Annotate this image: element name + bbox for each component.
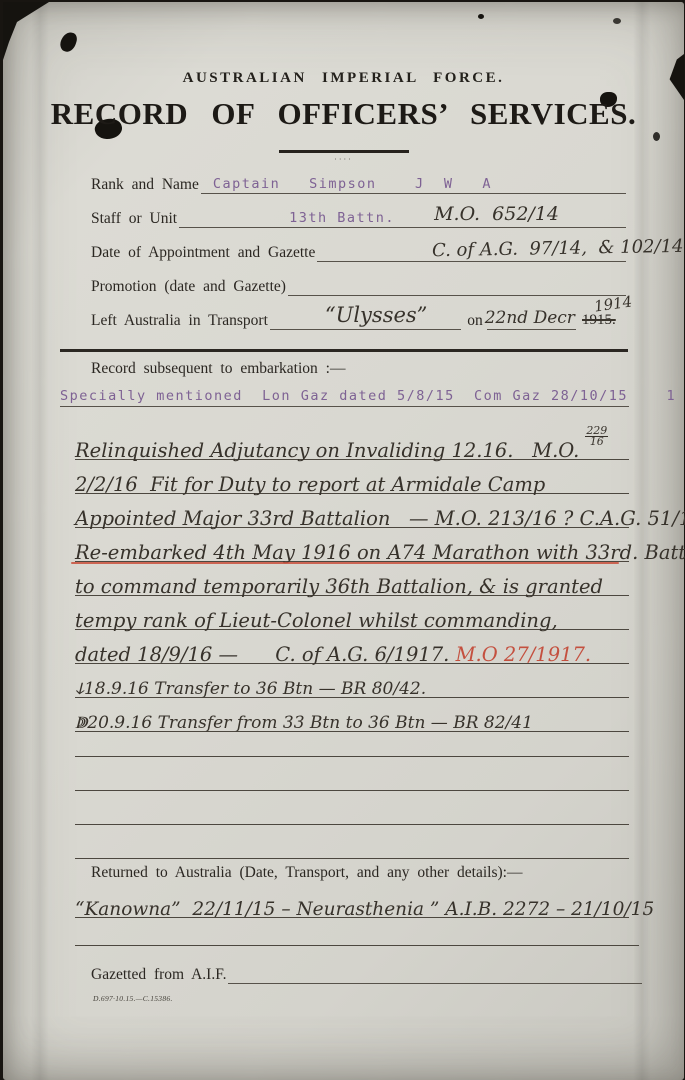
paper-hole (58, 30, 78, 54)
section-divider (60, 349, 628, 352)
page-title: RECORD OF OFFICERS’ SERVICES. (3, 96, 684, 132)
service-record-entry: Relinquished Adjutancy on Invaliding 12.… (75, 426, 629, 460)
entry-text: ↆ18.9.16 Transfer to 36 Btn — BR 80/42. (75, 679, 426, 699)
field-label: Date of Appointment and Gazette (91, 244, 317, 262)
field-label: Left Australia in Transport (91, 312, 270, 330)
entry-text: tempy rank of Lieut-Colonel whilst comma… (75, 609, 558, 632)
record-section-heading: Record subsequent to embarkation :— (91, 360, 345, 378)
ship-name-value: “Ulysses” (325, 303, 428, 327)
field-label: Rank and Name (91, 176, 201, 194)
field-label: Staff or Unit (91, 210, 179, 228)
service-record-entry: to command temporarily 36th Battalion, &… (75, 562, 629, 596)
service-record-entry: Appointed Major 33rd Battalion — M.O. 21… (75, 494, 629, 528)
field-line: 22nd Decr (487, 307, 576, 330)
form-print-code: D.697·10.15.—C.15386. (93, 994, 173, 1003)
title-divider (279, 150, 409, 153)
service-record-entry: 2/2/16 Fit for Duty to report at Armidal… (75, 460, 629, 494)
force-title: AUSTRALIAN IMPERIAL FORCE. (3, 70, 684, 87)
field-line: C. of A.G. 97/14, & 102/14 (317, 239, 626, 262)
field-rank-and-name: Rank and Name Captain Simpson J W A (91, 172, 626, 194)
appointment-handwritten-value: C. of A.G. 97/14, & 102/14 (432, 236, 684, 261)
rank-name-value: Captain Simpson J W A (213, 176, 492, 192)
paper-speck (478, 14, 484, 19)
year-correction: 1915. 1914 (576, 308, 626, 330)
field-staff-or-unit: Staff or Unit 13th Battn. M.O. 652/14 (91, 206, 626, 228)
ruled-line-blank (75, 917, 639, 946)
field-appointment-gazette: Date of Appointment and Gazette C. of A.… (91, 240, 626, 262)
ruled-line-blank (75, 825, 629, 859)
returned-section-heading: Returned to Australia (Date, Transport, … (91, 864, 522, 882)
field-gazetted-from-aif: Gazetted from A.I.F. (91, 962, 642, 984)
unit-handwritten-value: M.O. 652/14 (434, 203, 559, 225)
field-promotion: Promotion (date and Gazette) (91, 274, 626, 296)
entry-text: to command temporarily 36th Battalion, &… (75, 575, 603, 598)
entry-text-red-ink: M.O 27/1917. (456, 643, 592, 666)
typed-mention-entry: Specially mentioned Lon Gaz dated 5/8/15… (60, 384, 629, 407)
field-line (288, 273, 626, 296)
blank-ruled-lines (75, 723, 629, 859)
reference-fraction: 229 16 (585, 426, 608, 447)
officer-details-form: Rank and Name Captain Simpson J W A Staf… (91, 172, 626, 342)
service-record-entry: tempy rank of Lieut-Colonel whilst comma… (75, 596, 629, 630)
entry-text: 2/2/16 Fit for Duty to report at Armidal… (75, 473, 545, 496)
field-label: Promotion (date and Gazette) (91, 278, 288, 296)
ruled-line-blank (75, 757, 629, 791)
handwritten-year: 1914 (593, 292, 633, 315)
ruled-line-blank (75, 723, 629, 757)
field-line (228, 961, 642, 984)
typed-mention-text: Specially mentioned Lon Gaz dated 5/8/15… (60, 388, 685, 404)
service-record-entry-red-underlined: Re-embarked 4th May 1916 on A74 Marathon… (75, 528, 629, 562)
field-left-australia: Left Australia in Transport “Ulysses” on… (91, 308, 626, 330)
scanned-form-page: AUSTRALIAN IMPERIAL FORCE. RECORD OF OFF… (3, 2, 684, 1080)
entry-text: Appointed Major 33rd Battalion — M.O. 21… (75, 507, 685, 530)
entry-text: Re-embarked 4th May 1916 on A74 Marathon… (75, 541, 685, 564)
service-record-entries: Relinquished Adjutancy on Invaliding 12.… (75, 426, 629, 732)
entry-text: Relinquished Adjutancy on Invaliding 12.… (75, 439, 579, 462)
paper-speck (613, 18, 621, 24)
paper-speck (653, 132, 660, 141)
divider-dots: ···· (3, 155, 684, 164)
field-line: 13th Battn. M.O. 652/14 (179, 205, 626, 228)
ruled-line-blank (75, 791, 629, 825)
field-line: “Ulysses” (270, 307, 461, 330)
on-label: on (461, 312, 487, 330)
unit-typed-value: 13th Battn. (289, 210, 395, 226)
field-line: Captain Simpson J W A (201, 171, 626, 194)
service-record-entry: dated 18/9/16 — C. of A.G. 6/1917. M.O 2… (75, 630, 629, 664)
departure-date-value: 22nd Decr (485, 308, 575, 328)
entry-text: dated 18/9/16 — C. of A.G. 6/1917. (75, 643, 456, 666)
service-record-entry: ↆ18.9.16 Transfer to 36 Btn — BR 80/42. (75, 664, 629, 698)
returned-entry: “Kanowna” 22/11/15 – Neurasthenia ” A.I.… (75, 884, 629, 918)
fraction-denominator: 16 (590, 437, 604, 447)
field-label: Gazetted from A.I.F. (91, 966, 228, 984)
